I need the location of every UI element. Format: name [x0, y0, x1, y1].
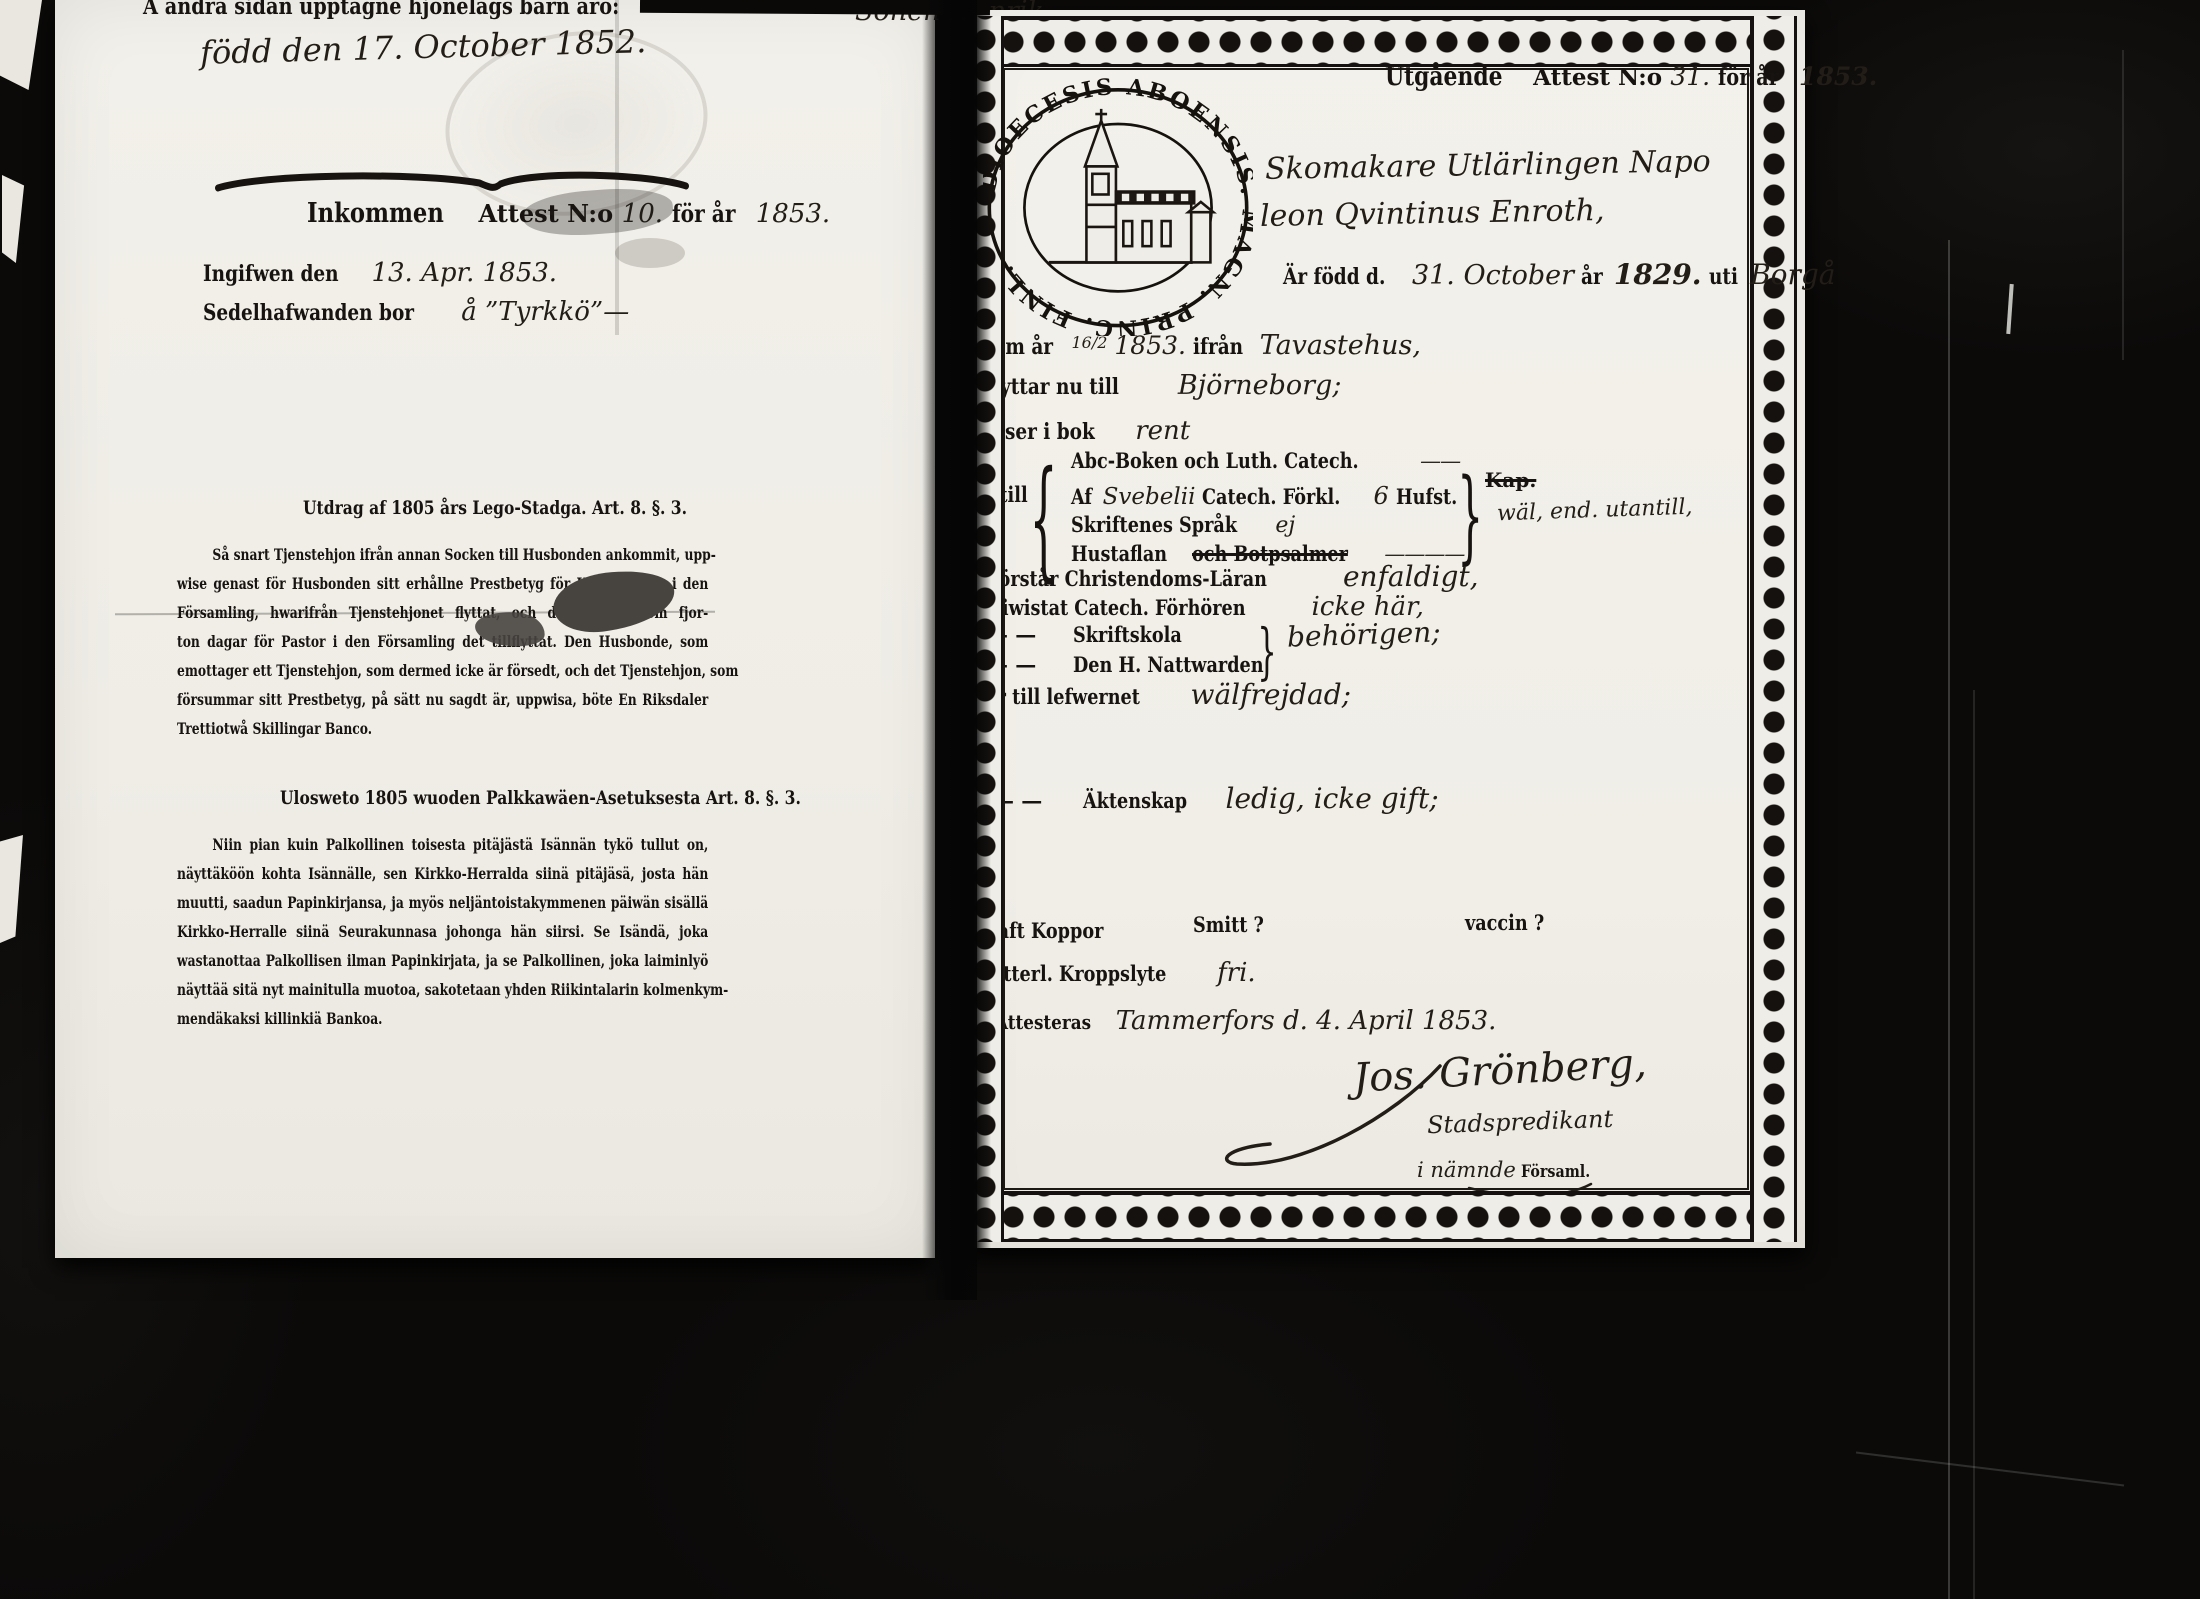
fold-crease [615, 0, 619, 335]
right-page: DIOECESIS ABOENSIS. MAGN. PRINC. FINL. [965, 10, 1805, 1248]
scratch-mark [2006, 284, 2013, 334]
ingifwen-line: Ingifwen den 13. Apr. 1853. [203, 258, 557, 288]
sedelhafwanden-place-hw: å ”Tyrkkö”— [461, 297, 629, 327]
finnish-section-heading: Ulosweto 1805 wuoden Palkkawäen-Asetukse… [280, 788, 801, 809]
paragraph-line: wastanottaa Palkollisen ilman Papinkirja… [177, 946, 708, 975]
ingifwen-printed: Ingifwen den [203, 261, 339, 287]
paragraph-line: Trettiotwå Skillingar Banco. [177, 714, 708, 743]
born-place-hw: Borgå [1750, 258, 1835, 291]
scratch-line [1856, 1452, 2124, 1487]
torn-paper-fragment [0, 0, 42, 90]
ink-smudge [615, 238, 685, 268]
attest-year-hw: 1853. [756, 199, 830, 229]
attest-year-hw: 1853. [1799, 62, 1877, 91]
sedelhafwanden-printed: Sedelhafwanden bor [203, 300, 414, 326]
paragraph-line: muutti, saadun Papinkirjansa, ja myös ne… [177, 888, 708, 917]
rosette-border-bottom [973, 1191, 1797, 1242]
left-page: Å andra sidan upptagne hjonelags barn är… [55, 0, 935, 1258]
heading-word-utgaende: Utgående [1385, 62, 1503, 92]
heading-for-ar: för år [1718, 64, 1779, 91]
paragraph-line: emottager ett Tjenstehjon, som dermed ic… [177, 656, 708, 685]
born-year-hw: 1829. [1614, 258, 1702, 291]
born-ar-printed: år [1581, 264, 1603, 290]
scratch-line [1948, 240, 1950, 1599]
sedelhafwanden-line: Sedelhafwanden bor å ”Tyrkkö”— [203, 297, 629, 327]
paragraph-line: Kirkko-Herralle siinä Seurakunnasa johon… [177, 917, 708, 946]
paragraph-line: mendäkaksi killinkiä Bankoa. [177, 1004, 708, 1033]
born-line: Är född d. 31. October år 1829. uti Borg… [1283, 258, 1836, 291]
paragraph-line: Niin pian kuin Palkollinen toisesta pitä… [177, 830, 708, 859]
torn-paper-fragment [2, 175, 26, 263]
finnish-paragraph: Niin pian kuin Palkollinen toisesta pitä… [177, 830, 708, 1033]
swedish-paragraph: Så snart Tjenstehjon ifrån annan Socken … [177, 540, 708, 743]
heading-word-inkommen: Inkommen [307, 198, 444, 229]
book-gutter-fold [922, 0, 977, 1300]
scanned-church-record-spread: Å andra sidan upptagne hjonelags barn är… [0, 0, 2200, 1599]
paragraph-line: näyttää sitä nyt mainitulla muotoa, sako… [177, 975, 708, 1004]
left-top-printed-line: Å andra sidan upptagne hjonelags barn är… [143, 0, 619, 20]
attest-number-hw: 31. [1670, 62, 1710, 91]
diocese-seal-icon: DIOECESIS ABOENSIS. MAGN. PRINC. FINL. [983, 74, 1253, 336]
heading-for-ar: för år [672, 199, 735, 228]
paragraph-line: näyttäköön kohta Isännälle, sen Kirkko-H… [177, 859, 708, 888]
paragraph-line: ton dagar för Pastor i den Församling de… [177, 627, 708, 656]
rosette-border-right [1750, 16, 1797, 1242]
paragraph-line: försummar sitt Prestbetyg, på sätt nu sa… [177, 685, 708, 714]
born-day-hw: 31. October [1412, 260, 1574, 291]
born-printed: Är född d. [1283, 264, 1385, 290]
scratch-line [2122, 50, 2124, 360]
utgaende-attest-heading: Utgående Attest N:o 31. för år 1853. [1385, 62, 1877, 92]
swedish-section-heading: Utdrag af 1805 års Lego-Stadga. Art. 8. … [303, 498, 687, 519]
born-uti-printed: uti [1709, 264, 1738, 290]
heading-word-attest: Attest N:o [1533, 64, 1662, 91]
scratch-line [1973, 690, 1975, 1599]
ingifwen-date-hw: 13. Apr. 1853. [371, 258, 557, 288]
paragraph-line: Så snart Tjenstehjon ifrån annan Socken … [177, 540, 708, 569]
torn-paper-fragment [0, 835, 28, 943]
rosette-border-top [973, 16, 1797, 67]
